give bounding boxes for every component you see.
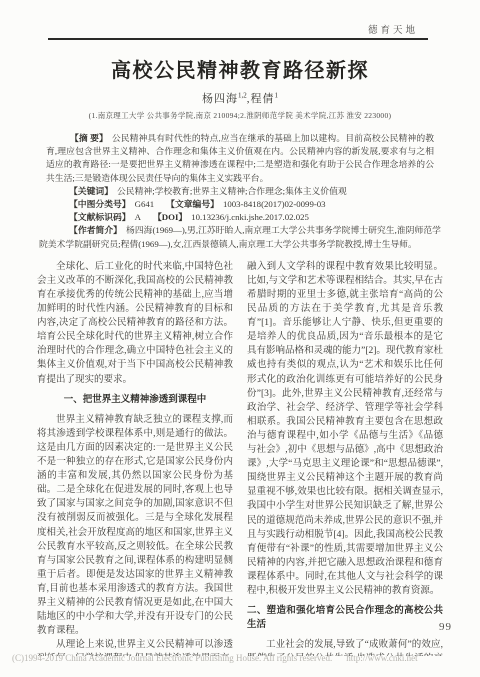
- running-head-label: 德育天地: [368, 22, 418, 36]
- clc-value: G641: [135, 199, 155, 209]
- author-name-2: 程倩: [251, 93, 275, 105]
- author-name-1: 杨四海: [202, 93, 238, 105]
- clc-line: 【中图分类号】G641【文章编号】1003-8418(2017)02-0099-…: [39, 198, 441, 211]
- authors-line: 杨四海1,2,程倩1: [0, 90, 480, 106]
- body-paragraph: 融入到人文学科的课程中教育效果比较明显。比如,与文学和艺术等课程相结合。其实,早…: [247, 260, 443, 598]
- doc-code-value: A: [135, 212, 141, 222]
- section-heading-2: 二、塑造和强化培育公民合作理念的高校公共生活: [247, 604, 443, 632]
- page-number: 99: [439, 621, 452, 633]
- section-heading-1: 一、把世界主义精神渗透到课程中: [37, 393, 233, 407]
- author-sup-2: 1: [275, 91, 279, 99]
- front-matter: 【摘 要】公民精神具有时代性的特点,应当在继承的基础上加以建构。目前高校公民精神…: [39, 132, 441, 251]
- bio-line: 【作者简介】杨四海(1969—),男,江苏盱眙人,南京理工大学公共事务学院博士研…: [39, 224, 441, 250]
- body-paragraph: 全球化、后工业化的时代来临,中国特色社会主义改革的不断深化,我国高校的公民精神教…: [37, 260, 233, 387]
- footer-url: http://www.cnki.net: [346, 653, 417, 663]
- abstract-label: 【摘 要】: [70, 133, 108, 143]
- abstract-paragraph: 【摘 要】公民精神具有时代性的特点,应当在继承的基础上加以建构。目前高校公民精神…: [39, 132, 441, 185]
- keywords-line: 【关键词】公民精神;学校教育;世界主义精神;合作理念;集体主义价值观: [39, 185, 441, 198]
- doi-value: 10.13236/j.cnki.jshe.2017.02.025: [191, 212, 309, 222]
- article-no-label: 【文章编号】: [166, 199, 219, 209]
- footer-line: (C)1994-2019 China Academic Journal Elec…: [12, 653, 472, 663]
- doc-code-label: 【文献标识码】: [69, 212, 131, 222]
- right-column: 融入到人文学科的课程中教育效果比较明显。比如,与文学和艺术等课程相结合。其实,早…: [247, 260, 443, 656]
- keywords-label: 【关键词】: [69, 186, 113, 196]
- article-no-value: 1003-8418(2017)02-0099-03: [223, 199, 326, 209]
- doc-code-line: 【文献标识码】A【DOI】10.13236/j.cnki.jshe.2017.0…: [39, 211, 441, 224]
- header-rule: [48, 38, 428, 40]
- keywords-text: 公民精神;学校教育;世界主义精神;合作理念;集体主义价值观: [117, 186, 347, 196]
- bio-label: 【作者简介】: [69, 225, 122, 235]
- body-paragraph: 世界主义精神教育缺乏独立的课程支撑,而将其渗透到学校课程体系中,则是通行的做法。…: [37, 413, 233, 639]
- affiliation-line: (1.南京理工大学 公共事务学院,南京 210094;2.淮阴师范学院 美术学院…: [0, 110, 480, 121]
- article-body: 全球化、后工业化的时代来临,中国特色社会主义改革的不断深化,我国高校的公民精神教…: [37, 260, 443, 656]
- left-column: 全球化、后工业化的时代来临,中国特色社会主义改革的不断深化,我国高校的公民精神教…: [37, 260, 233, 656]
- doi-label: 【DOI】: [153, 212, 187, 222]
- clc-label: 【中图分类号】: [69, 199, 131, 209]
- author-sup-1: 1,2: [238, 91, 247, 99]
- journal-page: 德育天地 高校公民精神教育路径新探 杨四海1,2,程倩1 (1.南京理工大学 公…: [0, 0, 480, 677]
- article-title: 高校公民精神教育路径新探: [0, 54, 480, 83]
- copyright-text: (C)1994-2019 China Academic Journal Elec…: [12, 653, 332, 663]
